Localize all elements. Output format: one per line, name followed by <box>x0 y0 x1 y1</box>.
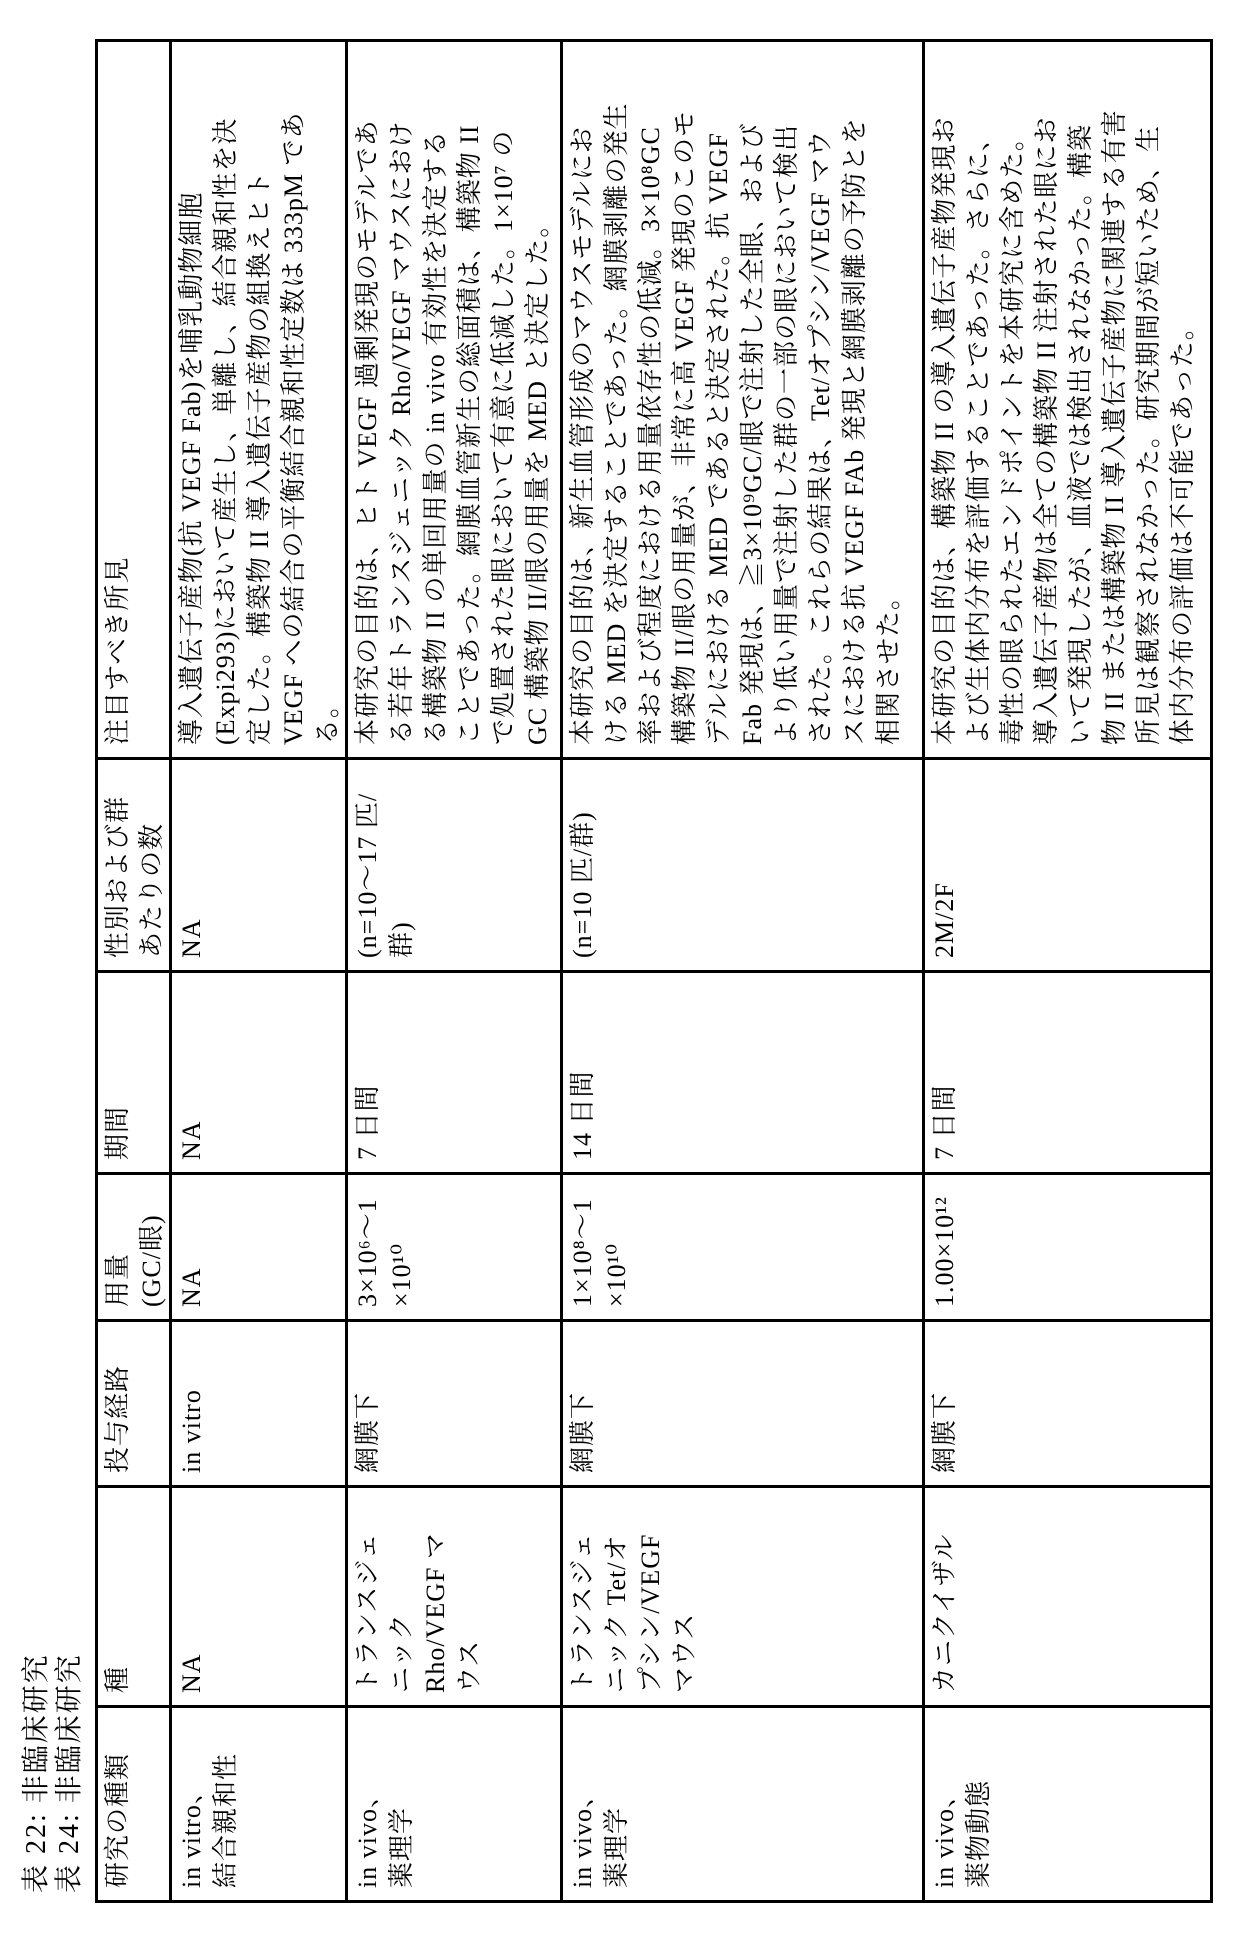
nonclinical-studies-table: 研究の種類 種 投与経路 用量 (GC/眼) 期間 性別および群 あたりの数 注… <box>95 39 1213 1903</box>
header-cell-study-type: 研究の種類 <box>97 1707 171 1902</box>
table-title: 表 22: 非臨床研究 表 24: 非臨床研究 <box>20 1653 86 1893</box>
cell-study-type: in vivo、 薬理学 <box>347 1707 562 1902</box>
cell-study-type: in vivo、 薬理学 <box>562 1707 924 1902</box>
cell-study-type: in vivo、 薬物動態 <box>924 1707 1212 1902</box>
cell-route: 網膜下 <box>562 1321 924 1487</box>
header-cell-sex-group: 性別および群 あたりの数 <box>97 759 171 972</box>
cell-duration: 7 日間 <box>347 972 562 1174</box>
cell-sex-group: (n=10 匹/群) <box>562 759 924 972</box>
cell-study-type: in vitro、 結合親和性 <box>171 1707 347 1902</box>
rotated-paper: 表 22: 非臨床研究 表 24: 非臨床研究 研究の種類 種 投与経路 用量 … <box>0 0 1248 1948</box>
cell-findings: 本研究の目的は、構築物 II の導入遺伝子産物発現お よび生体内分布を評価するこ… <box>924 41 1212 759</box>
cell-species: カニクイザル <box>924 1487 1212 1707</box>
table-row: in vivo、 薬理学 トランスジェ ニック Tet/オ プシン/VEGF マ… <box>562 41 924 1902</box>
cell-findings: 導入遺伝子産物(抗 VEGF Fab)を哺乳動物細胞 (Expi293)において… <box>171 41 347 759</box>
cell-duration: 14 日間 <box>562 972 924 1174</box>
cell-route: in vitro <box>171 1321 347 1487</box>
header-cell-route: 投与経路 <box>97 1321 171 1487</box>
header-cell-species: 種 <box>97 1487 171 1707</box>
cell-dose: NA <box>171 1174 347 1321</box>
table-row: in vivo、 薬理学 トランスジェ ニック Rho/VEGF マ ウス 網膜… <box>347 41 562 1902</box>
header-cell-findings: 注目すべき所見 <box>97 41 171 759</box>
header-row: 研究の種類 種 投与経路 用量 (GC/眼) 期間 性別および群 あたりの数 注… <box>97 41 171 1902</box>
cell-route: 網膜下 <box>924 1321 1212 1487</box>
cell-dose: 1×10⁸〜1 ×10¹⁰ <box>562 1174 924 1321</box>
cell-duration: NA <box>171 972 347 1174</box>
cell-species: NA <box>171 1487 347 1707</box>
cell-species: トランスジェ ニック Rho/VEGF マ ウス <box>347 1487 562 1707</box>
table-row: in vivo、 薬物動態 カニクイザル 網膜下 1.00×10¹² 7 日間 … <box>924 41 1212 1902</box>
header-cell-duration: 期間 <box>97 972 171 1174</box>
cell-findings: 本研究の目的は、ヒト VEGF 過剰発現のモデルであ る若年トランスジェニック … <box>347 41 562 759</box>
cell-dose: 3×10⁶〜1 ×10¹⁰ <box>347 1174 562 1321</box>
table-row: in vitro、 結合親和性 NA in vitro NA NA NA 導入遺… <box>171 41 347 1902</box>
cell-species: トランスジェ ニック Tet/オ プシン/VEGF マウス <box>562 1487 924 1707</box>
header-cell-dose: 用量 (GC/眼) <box>97 1174 171 1321</box>
cell-sex-group: (n=10〜17 匹/ 群) <box>347 759 562 972</box>
scanned-page: 表 22: 非臨床研究 表 24: 非臨床研究 研究の種類 種 投与経路 用量 … <box>0 0 1248 1948</box>
cell-sex-group: NA <box>171 759 347 972</box>
cell-sex-group: 2M/2F <box>924 759 1212 972</box>
cell-route: 網膜下 <box>347 1321 562 1487</box>
cell-duration: 7 日間 <box>924 972 1212 1174</box>
cell-findings: 本研究の目的は、新生血管形成のマウスモデルにお ける MED を決定することであ… <box>562 41 924 759</box>
cell-dose: 1.00×10¹² <box>924 1174 1212 1321</box>
